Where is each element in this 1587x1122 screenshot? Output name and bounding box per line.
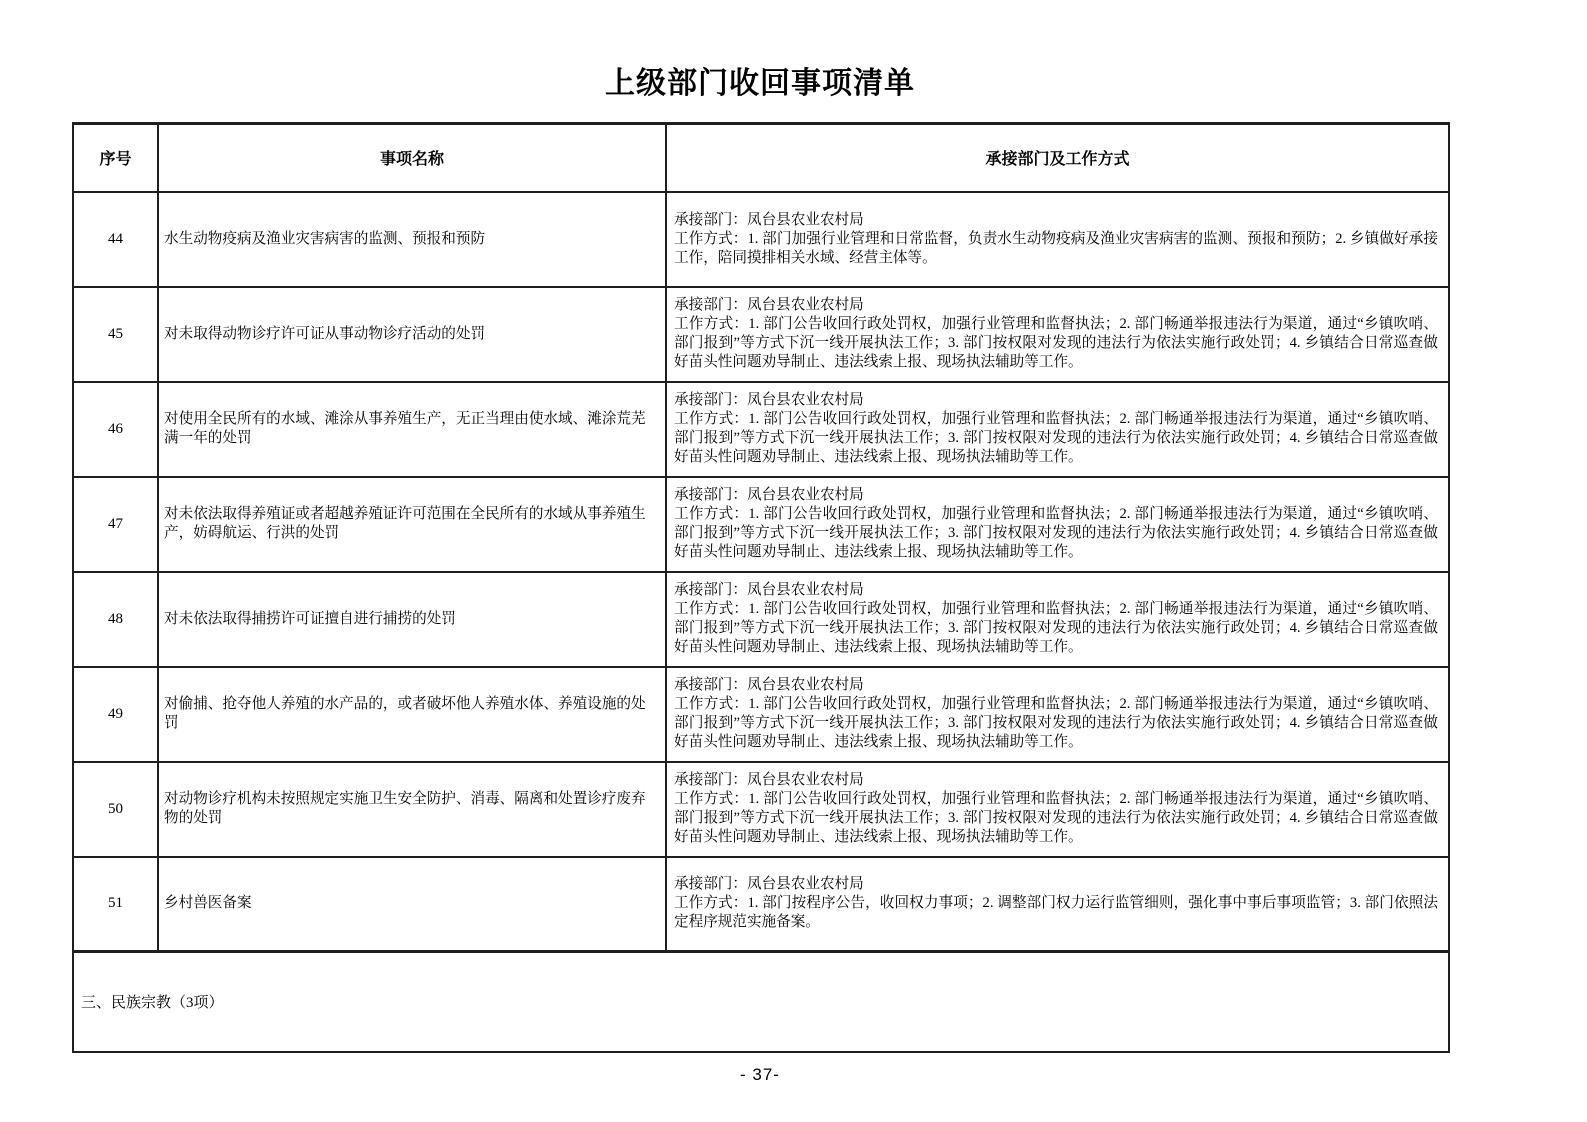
document-page: 上级部门收回事项清单 序号 事项名称 承接部门及工作方式 44 水生动物疫病及渔…: [72, 0, 1448, 1085]
table-footer-section: 三、民族宗教（3项）: [73, 952, 1449, 1052]
header-serial-number: 序号: [73, 124, 158, 192]
row-undertaking-department: 承接部门：凤台县农业农村局: [674, 676, 1438, 695]
table-header-row: 序号 事项名称 承接部门及工作方式: [73, 124, 1449, 192]
table-row: 46 对使用全民所有的水域、滩涂从事养殖生产，无正当理由使水域、滩涂荒芜满一年的…: [73, 382, 1449, 477]
row-item-name: 对偷捕、抢夺他人养殖的水产品的，或者破坏他人养殖水体、养殖设施的处罚: [158, 667, 666, 762]
row-work-method: 工作方式：1. 部门公告收回行政处罚权，加强行业管理和监督执法；2. 部门畅通举…: [674, 695, 1438, 752]
table-row: 44 水生动物疫病及渔业灾害病害的监测、预报和预防 承接部门：凤台县农业农村局 …: [73, 192, 1449, 287]
row-department-method-cell: 承接部门：凤台县农业农村局 工作方式：1. 部门按程序公告，收回权力事项；2. …: [666, 857, 1449, 952]
row-item-name: 对未取得动物诊疗许可证从事动物诊疗活动的处罚: [158, 287, 666, 382]
row-serial-number: 49: [73, 667, 158, 762]
table-row: 49 对偷捕、抢夺他人养殖的水产品的，或者破坏他人养殖水体、养殖设施的处罚 承接…: [73, 667, 1449, 762]
row-work-method: 工作方式：1. 部门公告收回行政处罚权，加强行业管理和监督执法；2. 部门畅通举…: [674, 410, 1438, 467]
table-body: 44 水生动物疫病及渔业灾害病害的监测、预报和预防 承接部门：凤台县农业农村局 …: [73, 192, 1449, 952]
row-item-name: 对未依法取得养殖证或者超越养殖证许可范围在全民所有的水域从事养殖生产，妨碍航运、…: [158, 477, 666, 572]
row-work-method: 工作方式：1. 部门按程序公告，收回权力事项；2. 调整部门权力运行监管细则，强…: [674, 894, 1438, 932]
row-department-method-cell: 承接部门：凤台县农业农村局 工作方式：1. 部门公告收回行政处罚权，加强行业管理…: [666, 287, 1449, 382]
row-item-name: 乡村兽医备案: [158, 857, 666, 952]
row-work-method: 工作方式：1. 部门加强行业管理和日常监督，负责水生动物疫病及渔业灾害病害的监测…: [674, 230, 1438, 268]
row-department-method-cell: 承接部门：凤台县农业农村局 工作方式：1. 部门公告收回行政处罚权，加强行业管理…: [666, 762, 1449, 857]
table-row: 45 对未取得动物诊疗许可证从事动物诊疗活动的处罚 承接部门：凤台县农业农村局 …: [73, 287, 1449, 382]
row-department-method-cell: 承接部门：凤台县农业农村局 工作方式：1. 部门公告收回行政处罚权，加强行业管理…: [666, 382, 1449, 477]
header-item-name: 事项名称: [158, 124, 666, 192]
table-row: 47 对未依法取得养殖证或者超越养殖证许可范围在全民所有的水域从事养殖生产，妨碍…: [73, 477, 1449, 572]
row-serial-number: 47: [73, 477, 158, 572]
row-serial-number: 46: [73, 382, 158, 477]
page-number: - 37-: [72, 1065, 1448, 1085]
row-work-method: 工作方式：1. 部门公告收回行政处罚权，加强行业管理和监督执法；2. 部门畅通举…: [674, 790, 1438, 847]
row-undertaking-department: 承接部门：凤台县农业农村局: [674, 771, 1438, 790]
row-serial-number: 48: [73, 572, 158, 667]
row-item-name: 对未依法取得捕捞许可证擅自进行捕捞的处罚: [158, 572, 666, 667]
row-serial-number: 51: [73, 857, 158, 952]
row-work-method: 工作方式：1. 部门公告收回行政处罚权，加强行业管理和监督执法；2. 部门畅通举…: [674, 505, 1438, 562]
recall-items-table: 序号 事项名称 承接部门及工作方式 44 水生动物疫病及渔业灾害病害的监测、预报…: [72, 122, 1450, 1053]
row-item-name: 对动物诊疗机构未按照规定实施卫生安全防护、消毒、隔离和处置诊疗废弃物的处罚: [158, 762, 666, 857]
row-department-method-cell: 承接部门：凤台县农业农村局 工作方式：1. 部门公告收回行政处罚权，加强行业管理…: [666, 477, 1449, 572]
section-footer-label: 三、民族宗教（3项）: [73, 952, 1449, 1052]
row-undertaking-department: 承接部门：凤台县农业农村局: [674, 581, 1438, 600]
header-department-and-method: 承接部门及工作方式: [666, 124, 1449, 192]
row-serial-number: 50: [73, 762, 158, 857]
table-row: 51 乡村兽医备案 承接部门：凤台县农业农村局 工作方式：1. 部门按程序公告，…: [73, 857, 1449, 952]
section-footer-row: 三、民族宗教（3项）: [73, 952, 1449, 1052]
row-department-method-cell: 承接部门：凤台县农业农村局 工作方式：1. 部门公告收回行政处罚权，加强行业管理…: [666, 572, 1449, 667]
row-serial-number: 44: [73, 192, 158, 287]
page-title: 上级部门收回事项清单: [72, 66, 1448, 102]
row-item-name: 对使用全民所有的水域、滩涂从事养殖生产，无正当理由使水域、滩涂荒芜满一年的处罚: [158, 382, 666, 477]
row-work-method: 工作方式：1. 部门公告收回行政处罚权，加强行业管理和监督执法；2. 部门畅通举…: [674, 315, 1438, 372]
table-row: 50 对动物诊疗机构未按照规定实施卫生安全防护、消毒、隔离和处置诊疗废弃物的处罚…: [73, 762, 1449, 857]
table-row: 48 对未依法取得捕捞许可证擅自进行捕捞的处罚 承接部门：凤台县农业农村局 工作…: [73, 572, 1449, 667]
row-undertaking-department: 承接部门：凤台县农业农村局: [674, 391, 1438, 410]
row-department-method-cell: 承接部门：凤台县农业农村局 工作方式：1. 部门公告收回行政处罚权，加强行业管理…: [666, 667, 1449, 762]
row-work-method: 工作方式：1. 部门公告收回行政处罚权，加强行业管理和监督执法；2. 部门畅通举…: [674, 600, 1438, 657]
row-undertaking-department: 承接部门：凤台县农业农村局: [674, 296, 1438, 315]
row-undertaking-department: 承接部门：凤台县农业农村局: [674, 875, 1438, 894]
row-undertaking-department: 承接部门：凤台县农业农村局: [674, 211, 1438, 230]
row-department-method-cell: 承接部门：凤台县农业农村局 工作方式：1. 部门加强行业管理和日常监督，负责水生…: [666, 192, 1449, 287]
row-undertaking-department: 承接部门：凤台县农业农村局: [674, 486, 1438, 505]
row-item-name: 水生动物疫病及渔业灾害病害的监测、预报和预防: [158, 192, 666, 287]
row-serial-number: 45: [73, 287, 158, 382]
